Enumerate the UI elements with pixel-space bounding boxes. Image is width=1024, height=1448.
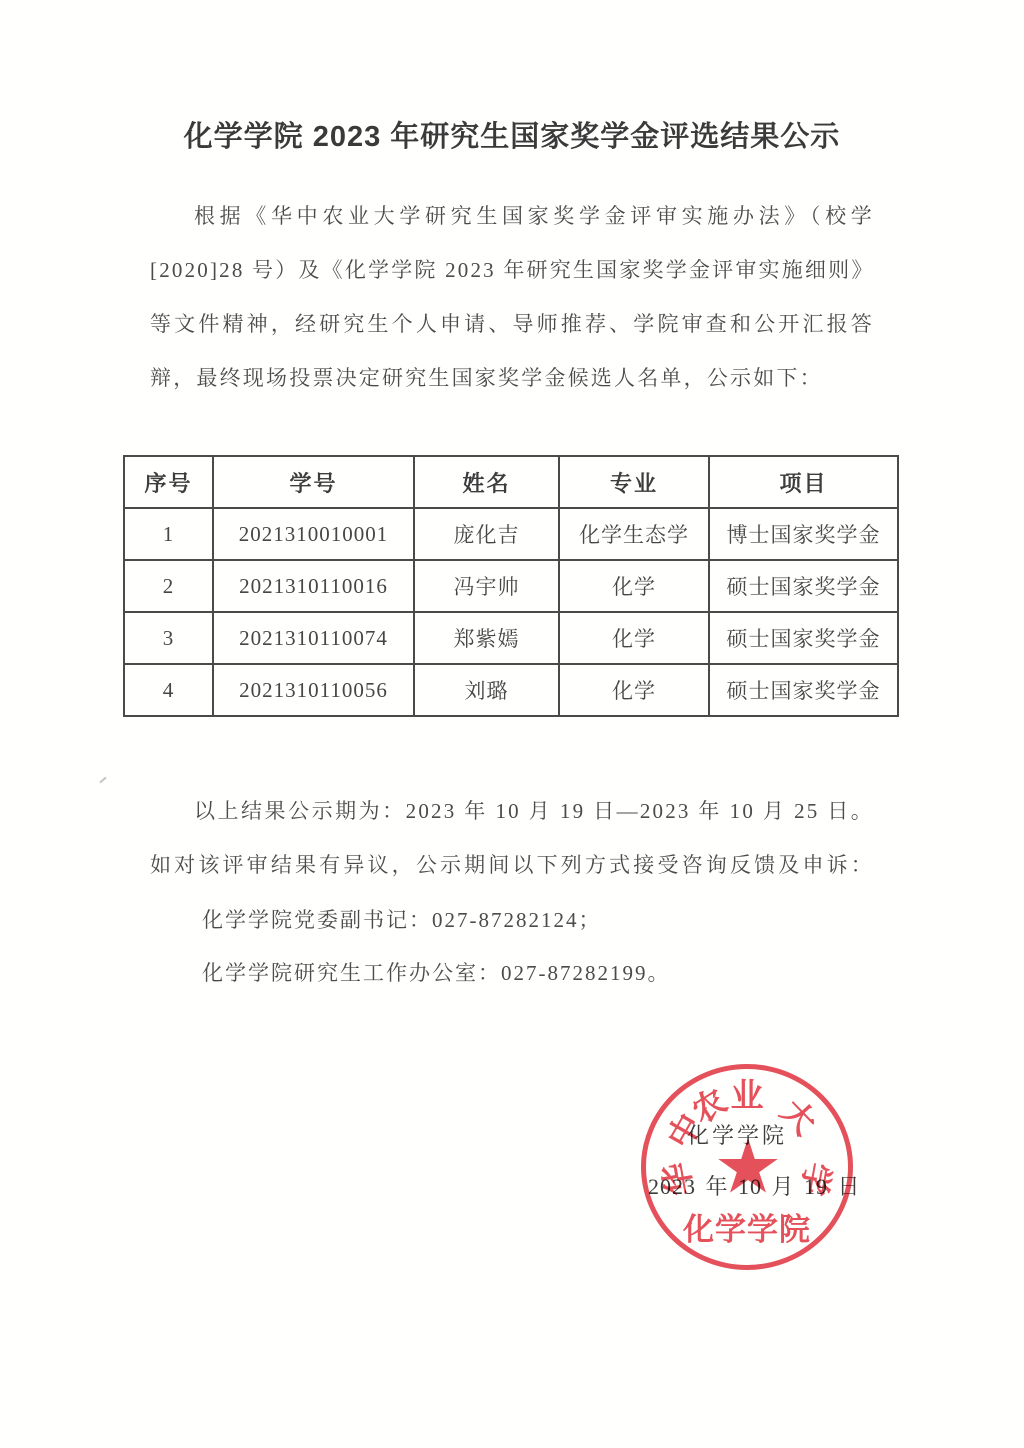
intro-paragraph: 根据《华中农业大学研究生国家奖学金评审实施办法》（校学 [2020]28 号）及… (150, 189, 874, 405)
cell-index: 3 (124, 612, 213, 664)
paragraph-line: 如对该评审结果有异议，公示期间以下列方式接受咨询反馈及申诉： (150, 838, 874, 892)
cell-index: 4 (124, 664, 213, 716)
page-title: 化学学院 2023 年研究生国家奖学金评选结果公示 (0, 114, 1024, 155)
document-page: 化学学院 2023 年研究生国家奖学金评选结果公示 根据《华中农业大学研究生国家… (0, 0, 1024, 1448)
seal-department-text: 化学学院 (641, 1204, 853, 1249)
cell-student-id: 2021310110074 (213, 612, 414, 664)
cell-index: 2 (124, 560, 213, 612)
table-row: 3 2021310110074 郑紫嫣 化学 硕士国家奖学金 (124, 612, 898, 664)
paragraph-line: 等文件精神，经研究生个人申请、导师推荐、学院审查和公开汇报答 (150, 297, 874, 351)
cell-name: 刘璐 (414, 664, 559, 716)
cell-index: 1 (124, 508, 213, 560)
cell-name: 庞化吉 (414, 508, 559, 560)
paragraph-line: 以上结果公示期为：2023 年 10 月 19 日—2023 年 10 月 25… (150, 784, 874, 838)
col-header-award: 项目 (709, 456, 898, 508)
cell-award: 硕士国家奖学金 (709, 560, 898, 612)
paragraph-line: [2020]28 号）及《化学学院 2023 年研究生国家奖学金评审实施细则》 (150, 243, 874, 297)
cell-major: 化学生态学 (559, 508, 709, 560)
closing-paragraph: 以上结果公示期为：2023 年 10 月 19 日—2023 年 10 月 25… (150, 784, 874, 892)
col-header-student-id: 学号 (213, 456, 414, 508)
scan-artifact-mark (99, 777, 106, 784)
col-header-name: 姓名 (414, 456, 559, 508)
cell-major: 化学 (559, 560, 709, 612)
results-table: 序号 学号 姓名 专业 项目 1 2021310010001 庞化吉 化学生态学… (123, 455, 899, 717)
cell-award: 硕士国家奖学金 (709, 664, 898, 716)
cell-name: 郑紫嫣 (414, 612, 559, 664)
table-header-row: 序号 学号 姓名 专业 项目 (124, 456, 898, 508)
contact-phone-graduate-office: 化学学院研究生工作办公室：027-87282199。 (202, 946, 902, 1000)
cell-major: 化学 (559, 664, 709, 716)
cell-student-id: 2021310110016 (213, 560, 414, 612)
table-row: 1 2021310010001 庞化吉 化学生态学 博士国家奖学金 (124, 508, 898, 560)
cell-award: 硕士国家奖学金 (709, 612, 898, 664)
seal-arc-char: 业 (731, 1079, 764, 1112)
cell-award: 博士国家奖学金 (709, 508, 898, 560)
cell-student-id: 2021310010001 (213, 508, 414, 560)
table-row: 2 2021310110016 冯宇帅 化学 硕士国家奖学金 (124, 560, 898, 612)
paragraph-line: 根据《华中农业大学研究生国家奖学金评审实施办法》（校学 (150, 189, 874, 243)
cell-name: 冯宇帅 (414, 560, 559, 612)
col-header-major: 专业 (559, 456, 709, 508)
cell-major: 化学 (559, 612, 709, 664)
seal-arc-char: 学 (797, 1160, 835, 1198)
contact-phone-party-secretary: 化学学院党委副书记：027-87282124； (202, 893, 902, 947)
paragraph-line: 辩，最终现场投票决定研究生国家奖学金候选人名单，公示如下： (150, 351, 874, 405)
col-header-index: 序号 (124, 456, 213, 508)
official-seal: 华 中 农 业 大 学 化学学院 (641, 1064, 853, 1270)
cell-student-id: 2021310110056 (213, 664, 414, 716)
table-row: 4 2021310110056 刘璐 化学 硕士国家奖学金 (124, 664, 898, 716)
seal-arc-char: 华 (659, 1160, 697, 1198)
